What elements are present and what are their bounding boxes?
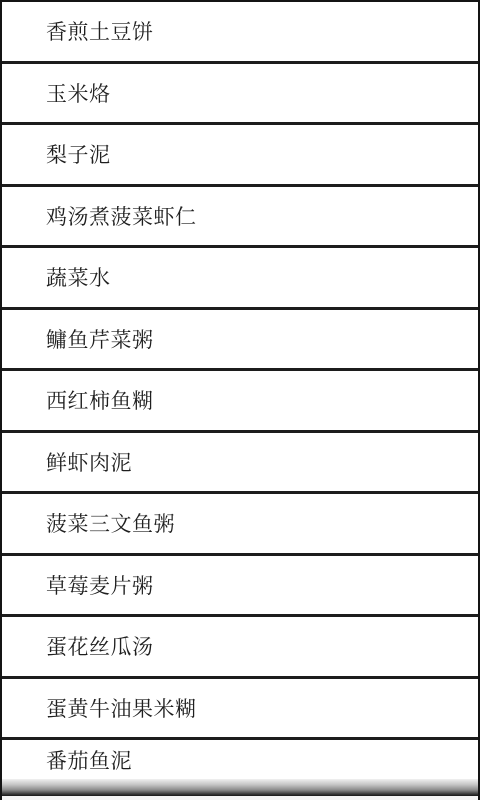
list-item[interactable]: 鳙鱼芹菜粥: [2, 310, 478, 372]
list-item-label: 蔬菜水: [46, 262, 111, 292]
list-item[interactable]: 玉米烙: [2, 64, 478, 126]
list-item[interactable]: 鸡汤煮菠菜虾仁: [2, 187, 478, 249]
list-item-label: 玉米烙: [46, 78, 111, 108]
partial-next-row-gradient: [2, 779, 478, 796]
list-item[interactable]: 蛋花丝瓜汤: [2, 617, 478, 679]
list-item-label: 蛋黄牛油果米糊: [46, 693, 197, 723]
list-item[interactable]: 西红柿鱼糊: [2, 371, 478, 433]
list-item[interactable]: 蔬菜水: [2, 248, 478, 310]
list-item[interactable]: 番茄鱼泥: [2, 740, 478, 779]
list-item[interactable]: 蛋黄牛油果米糊: [2, 679, 478, 741]
list-item-label: 蛋花丝瓜汤: [46, 631, 154, 661]
list-item-label: 鳙鱼芹菜粥: [46, 324, 154, 354]
list-item-label: 菠菜三文鱼粥: [46, 508, 175, 538]
recipe-list: 香煎土豆饼 玉米烙 梨子泥 鸡汤煮菠菜虾仁 蔬菜水 鳙鱼芹菜粥 西红柿鱼糊 鲜虾…: [2, 2, 478, 779]
list-item[interactable]: 鲜虾肉泥: [2, 433, 478, 495]
list-item-label: 香煎土豆饼: [46, 16, 154, 46]
list-item-label: 草莓麦片粥: [46, 570, 154, 600]
recipe-list-screen: 香煎土豆饼 玉米烙 梨子泥 鸡汤煮菠菜虾仁 蔬菜水 鳙鱼芹菜粥 西红柿鱼糊 鲜虾…: [0, 0, 480, 800]
list-item-label: 番茄鱼泥: [46, 745, 132, 775]
list-item-label: 鲜虾肉泥: [46, 447, 132, 477]
list-item[interactable]: 菠菜三文鱼粥: [2, 494, 478, 556]
list-item-label: 西红柿鱼糊: [46, 385, 154, 415]
list-item[interactable]: 草莓麦片粥: [2, 556, 478, 618]
list-item-label: 鸡汤煮菠菜虾仁: [46, 201, 197, 231]
list-item[interactable]: 梨子泥: [2, 125, 478, 187]
list-item-label: 梨子泥: [46, 139, 111, 169]
list-item[interactable]: 香煎土豆饼: [2, 2, 478, 64]
bottom-strip: [2, 796, 478, 800]
